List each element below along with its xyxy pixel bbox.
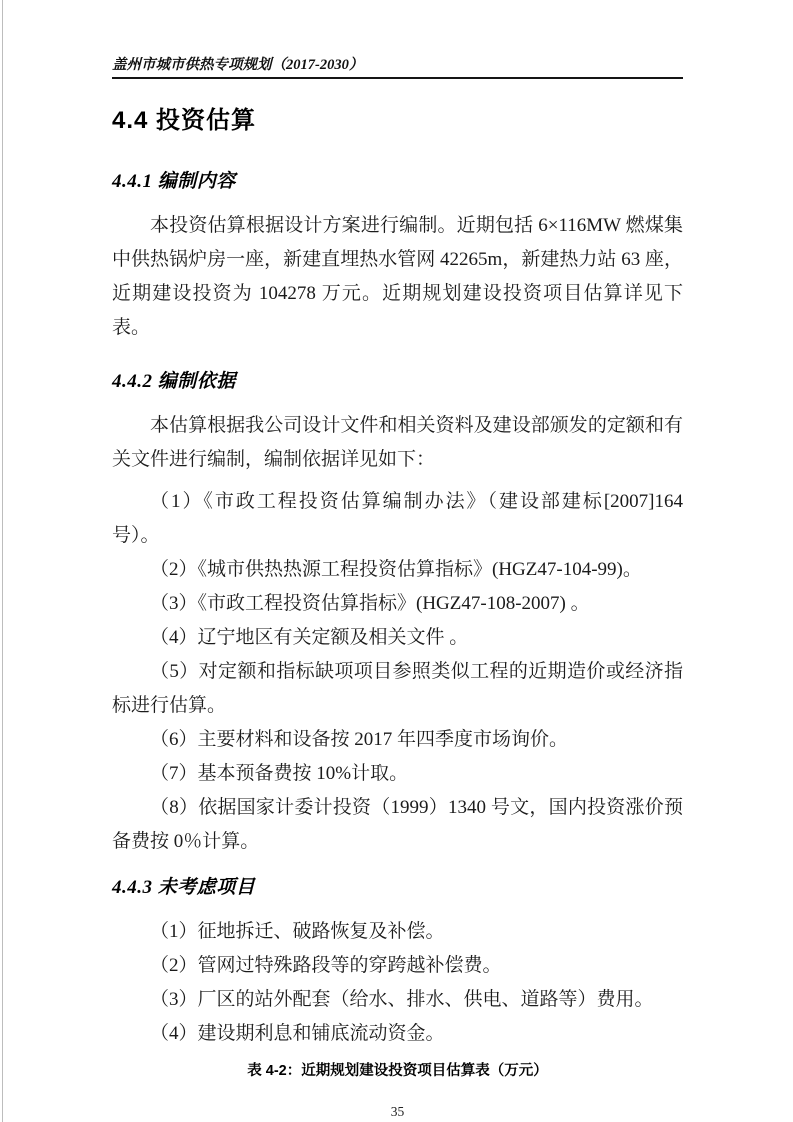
list-item: （7）基本预备费按 10%计取。 [112, 757, 683, 791]
list-item: （2）《城市供热热源工程投资估算指标》(HGZ47-104-99)。 [112, 553, 683, 587]
list-item: （3）《市政工程投资估算指标》(HGZ47-108-2007) 。 [112, 587, 683, 621]
paragraph-4-4-2-intro: 本估算根据我公司设计文件和相关资料及建设部颁发的定额和有关文件进行编制，编制依据… [112, 409, 683, 477]
list-item: （6）主要材料和设备按 2017 年四季度市场询价。 [112, 723, 683, 757]
table-caption: 表 4-2：近期规划建设投资项目估算表（万元） [112, 1061, 683, 1081]
document-page: 盖州市城市供热专项规划（2017-2030） 4.4 投资估算 4.4.1 编制… [0, 0, 793, 1122]
subsection-title-4-4-3: 4.4.3 未考虑项目 [112, 875, 683, 901]
scan-edge-line [2, 0, 3, 1122]
page-number: 35 [112, 1103, 683, 1121]
list-item: （8）依据国家计委计投资（1999）1340 号文，国内投资涨价预备费按 0％计… [112, 791, 683, 859]
list-4-4-2: （1）《市政工程投资估算编制办法》（建设部建标[2007]164 号）。 （2）… [112, 485, 683, 859]
list-item: （2）管网过特殊路段等的穿跨越补偿费。 [112, 949, 683, 983]
list-item: （4）辽宁地区有关定额及相关文件 。 [112, 621, 683, 655]
document-header-title: 盖州市城市供热专项规划（2017-2030） [112, 57, 363, 73]
paragraph-4-4-1: 本投资估算根据设计方案进行编制。近期包括 6×116MW 燃煤集中供热锅炉房一座… [112, 209, 683, 345]
section-title-4-4: 4.4 投资估算 [112, 105, 683, 137]
document-content: 4.4 投资估算 4.4.1 编制内容 本投资估算根据设计方案进行编制。近期包括… [112, 105, 683, 1121]
list-item: （3）厂区的站外配套（给水、排水、供电、道路等）费用。 [112, 983, 683, 1017]
list-4-4-3: （1）征地拆迁、破路恢复及补偿。 （2）管网过特殊路段等的穿跨越补偿费。 （3）… [112, 915, 683, 1051]
list-item: （1）《市政工程投资估算编制办法》（建设部建标[2007]164 号）。 [112, 485, 683, 553]
list-item: （1）征地拆迁、破路恢复及补偿。 [112, 915, 683, 949]
document-header: 盖州市城市供热专项规划（2017-2030） [112, 0, 683, 79]
list-item: （4）建设期利息和铺底流动资金。 [112, 1017, 683, 1051]
subsection-title-4-4-2: 4.4.2 编制依据 [112, 369, 683, 395]
subsection-title-4-4-1: 4.4.1 编制内容 [112, 169, 683, 195]
list-item: （5）对定额和指标缺项项目参照类似工程的近期造价或经济指标进行估算。 [112, 655, 683, 723]
